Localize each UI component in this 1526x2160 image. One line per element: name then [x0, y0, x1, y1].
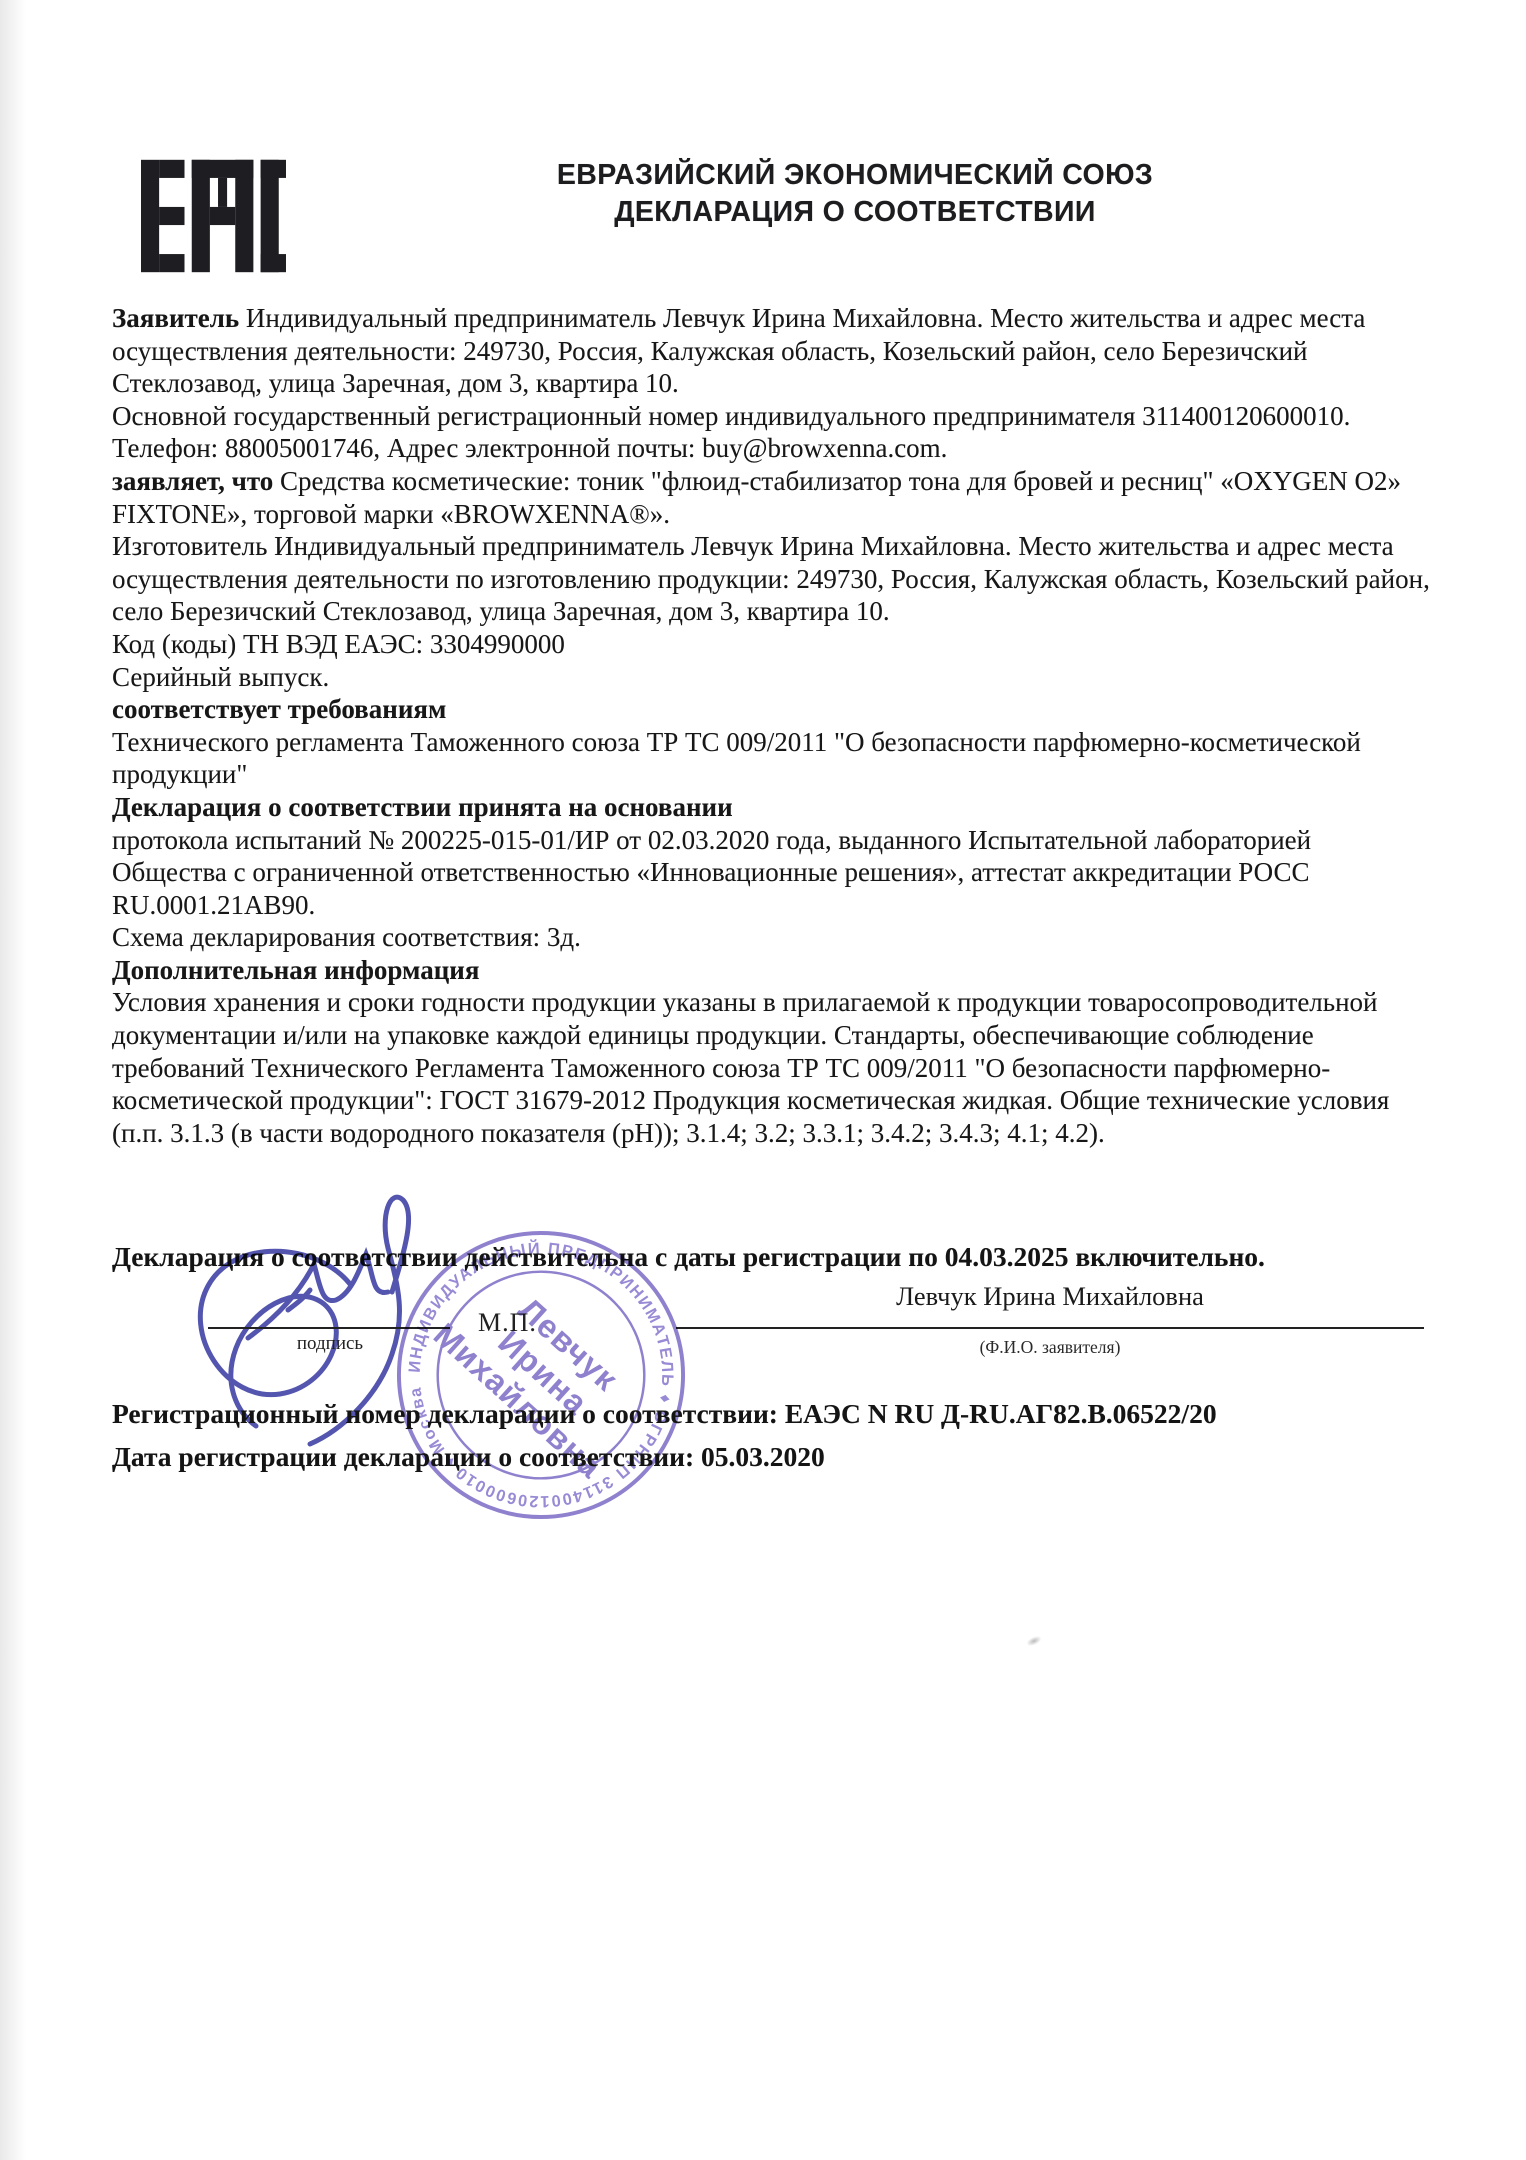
paragraph-additional-heading: Дополнительная информация	[112, 954, 1430, 987]
paragraph-bold-lead: Дополнительная информация	[112, 955, 479, 985]
fio-caption: (Ф.И.О. заявителя)	[780, 1337, 1320, 1358]
paragraph-declares: заявляет, что Средства косметические: то…	[112, 465, 1430, 530]
paragraph-bold-lead: соответствует требованиям	[112, 694, 446, 724]
paragraph-bold-lead: Заявитель	[112, 303, 239, 333]
paragraph-applicant: Заявитель Индивидуальный предприниматель…	[112, 302, 1430, 400]
paragraph-bold-lead: Декларация о соответствии принята на осн…	[112, 792, 733, 822]
paragraph-ogrnip: Основной государственный регистрационный…	[112, 400, 1430, 433]
paragraph-text: Условия хранения и сроки годности продук…	[112, 987, 1389, 1147]
declaration-document-page: ЕВРАЗИЙСКИЙ ЭКОНОМИЧЕСКИЙ СОЮЗ ДЕКЛАРАЦИ…	[0, 0, 1526, 2160]
title-line-union: ЕВРАЗИЙСКИЙ ЭКОНОМИЧЕСКИЙ СОЮЗ	[420, 157, 1290, 194]
registration-number-line: Регистрационный номер декларации о соотв…	[112, 1398, 1472, 1430]
paragraph-regulation: Технического регламента Таможенного союз…	[112, 726, 1430, 791]
round-stamp: ИНДИВИДУАЛЬНЫЙ ПРЕДПРИНИМАТЕЛЬ ♦ ОГРНИП …	[392, 1226, 690, 1524]
paragraph-text: Изготовитель Индивидуальный предпринимат…	[112, 531, 1430, 626]
paragraph-text: протокола испытаний № 200225-015-01/ИР о…	[112, 825, 1311, 920]
registration-date-value: 05.03.2020	[701, 1441, 825, 1472]
paragraph-text: Средства косметические: тоник "флюид-ста…	[112, 466, 1401, 529]
scan-edge-shadow	[0, 0, 26, 2160]
document-title: ЕВРАЗИЙСКИЙ ЭКОНОМИЧЕСКИЙ СОЮЗ ДЕКЛАРАЦИ…	[420, 157, 1290, 231]
eac-logo-icon	[141, 154, 286, 278]
paragraph-text: Телефон: 88005001746, Адрес электронной …	[112, 433, 947, 463]
paragraph-text: Технического регламента Таможенного союз…	[112, 727, 1361, 790]
fio-line	[676, 1327, 1424, 1329]
paragraph-text: Код (коды) ТН ВЭД ЕАЭС: 3304990000	[112, 629, 565, 659]
paragraph-text: Основной государственный регистрационный…	[112, 401, 1350, 431]
paragraph-bold-lead: заявляет, что	[112, 466, 273, 496]
paragraph-tnved-code: Код (коды) ТН ВЭД ЕАЭС: 3304990000	[112, 628, 1430, 661]
paragraph-storage-conditions: Условия хранения и сроки годности продук…	[112, 986, 1430, 1149]
title-line-declaration: ДЕКЛАРАЦИЯ О СООТВЕТСТВИИ	[420, 194, 1290, 231]
paragraph-text: Схема декларирования соответствия: 3д.	[112, 922, 581, 952]
registration-number-label: Регистрационный номер декларации о соотв…	[112, 1398, 785, 1429]
paragraph-test-protocol: протокола испытаний № 200225-015-01/ИР о…	[112, 824, 1430, 922]
scan-artifact-mark	[1025, 1634, 1043, 1648]
paragraph-basis-heading: Декларация о соответствии принята на осн…	[112, 791, 1430, 824]
registration-date-line: Дата регистрации декларации о соответств…	[112, 1441, 1472, 1473]
paragraph-scheme: Схема декларирования соответствия: 3д.	[112, 921, 1430, 954]
paragraph-complies-heading: соответствует требованиям	[112, 693, 1430, 726]
paragraph-serial: Серийный выпуск.	[112, 661, 1430, 694]
registration-number-value: ЕАЭС N RU Д-RU.АГ82.В.06522/20	[785, 1398, 1217, 1429]
paragraph-manufacturer: Изготовитель Индивидуальный предпринимат…	[112, 530, 1430, 628]
registration-date-label: Дата регистрации декларации о соответств…	[112, 1441, 701, 1472]
paragraph-phone-email: Телефон: 88005001746, Адрес электронной …	[112, 432, 1430, 465]
paragraph-text: Серийный выпуск.	[112, 662, 329, 692]
declaration-body-text: Заявитель Индивидуальный предприниматель…	[112, 302, 1430, 1149]
paragraph-text: Индивидуальный предприниматель Левчук Ир…	[112, 303, 1365, 398]
applicant-fio-name: Левчук Ирина Михайловна	[780, 1281, 1320, 1312]
